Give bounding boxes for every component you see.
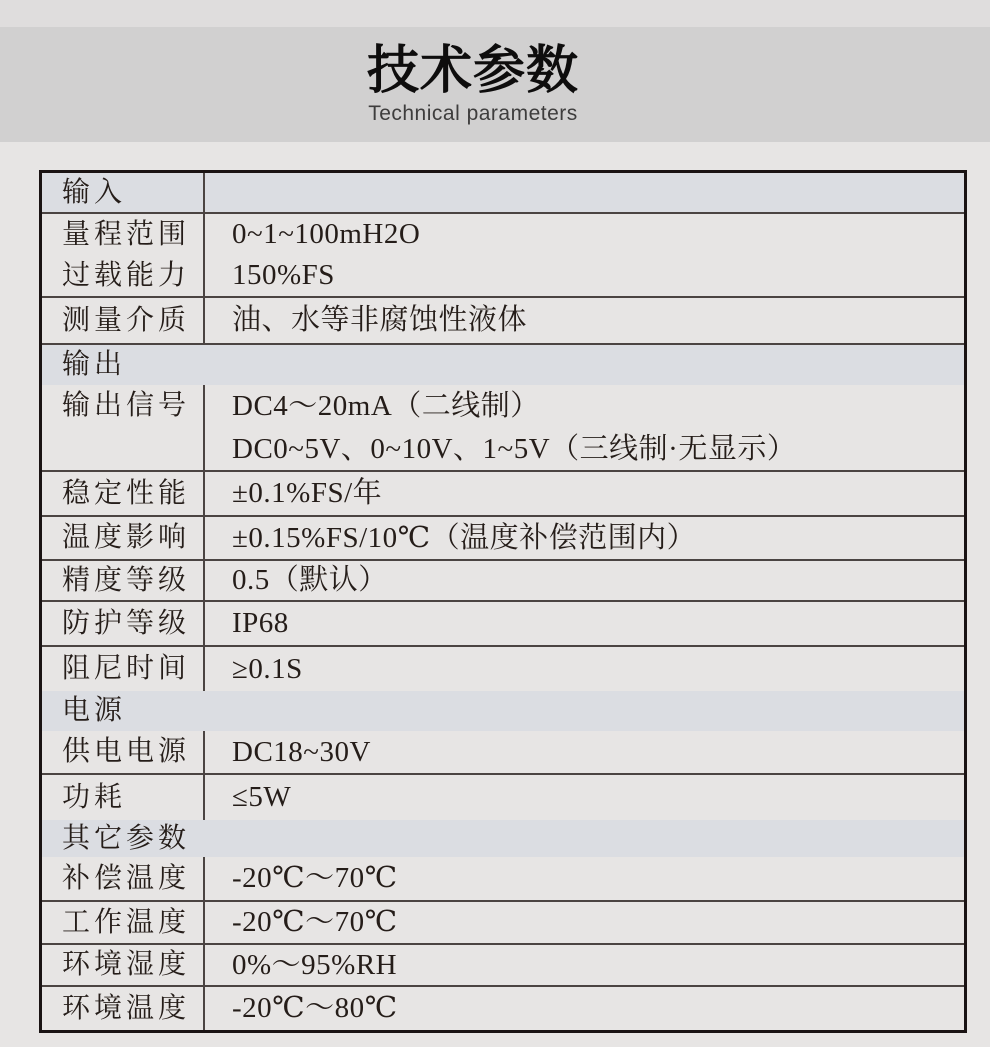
table-row-work-temp: 工作温度-20℃～70℃ [42, 902, 964, 945]
row-value-work-temp: -20℃～70℃ [203, 902, 964, 943]
table-row-ambient-temp: 环境温度-20℃～80℃ [42, 987, 964, 1030]
table-row-temp-effect: 温度影响±0.15%FS/10℃（温度补偿范围内） [42, 517, 964, 561]
page-subtitle: Technical parameters [367, 101, 579, 127]
row-label-range-overload: 量程范围过载能力 [42, 214, 203, 296]
page: 技术参数 Technical parameters 输入量程范围过载能力0~1~… [0, 0, 990, 1047]
value-text: 油、水等非腐蚀性液体 [232, 298, 964, 343]
section-row-other-section: 其它参数 [42, 820, 964, 857]
section-row-output-section: 输出 [42, 345, 964, 385]
row-label-accuracy: 精度等级 [42, 561, 203, 600]
row-value-accuracy: 0.5（默认） [203, 561, 964, 600]
row-label-other-section: 其它参数 [42, 820, 203, 857]
value-text: 0.5（默认） [232, 561, 964, 600]
row-label-ambient-temp: 环境温度 [42, 987, 203, 1030]
label-text: 其它参数 [62, 820, 203, 857]
value-text: DC0~5V、0~10V、1~5V（三线制·无显示） [232, 428, 964, 471]
row-value-input-section [203, 173, 964, 212]
top-strip [0, 0, 990, 27]
row-label-comp-temp: 补偿温度 [42, 857, 203, 900]
value-text: 0%～95%RH [232, 945, 964, 985]
label-text: 环境湿度 [62, 945, 203, 985]
row-value-output-signal: DC4～20mA（二线制）DC0~5V、0~10V、1~5V（三线制·无显示） [203, 385, 964, 470]
row-value-temp-effect: ±0.15%FS/10℃（温度补偿范围内） [203, 517, 964, 559]
page-title: 技术参数 [367, 42, 579, 100]
row-value-output-section [203, 345, 964, 385]
value-text: ≥0.1S [232, 647, 964, 691]
section-row-input-section: 输入 [42, 173, 964, 214]
row-label-work-temp: 工作温度 [42, 902, 203, 943]
label-text: 防护等级 [62, 602, 203, 645]
label-text: 输入 [62, 173, 203, 212]
label-text: 功耗 [62, 775, 203, 820]
label-text: 输出信号 [62, 385, 203, 428]
label-text: 过载能力 [62, 255, 203, 296]
row-value-power-section [203, 691, 964, 731]
value-text: DC18~30V [232, 731, 964, 773]
row-label-protection: 防护等级 [42, 602, 203, 645]
label-text: 稳定性能 [62, 472, 203, 515]
value-text: ±0.15%FS/10℃（温度补偿范围内） [232, 517, 964, 559]
table-row-damping: 阻尼时间≥0.1S [42, 647, 964, 691]
row-value-range-overload: 0~1~100mH2O150%FS [203, 214, 964, 296]
value-text: DC4～20mA（二线制） [232, 385, 964, 428]
value-text: 0~1~100mH2O [232, 214, 964, 255]
table-row-output-signal: 输出信号DC4～20mA（二线制）DC0~5V、0~10V、1~5V（三线制·无… [42, 385, 964, 472]
row-value-consumption: ≤5W [203, 775, 964, 820]
value-text: -20℃～80℃ [232, 987, 964, 1030]
label-text: 工作温度 [62, 902, 203, 943]
row-value-comp-temp: -20℃～70℃ [203, 857, 964, 900]
row-label-input-section: 输入 [42, 173, 203, 212]
label-text: 输出 [62, 345, 203, 385]
value-text: -20℃～70℃ [232, 902, 964, 943]
value-text: ≤5W [232, 775, 964, 820]
row-label-ambient-humidity: 环境湿度 [42, 945, 203, 985]
row-label-stability: 稳定性能 [42, 472, 203, 515]
label-text: 测量介质 [62, 298, 203, 343]
label-text: 电源 [62, 691, 203, 731]
row-label-damping: 阻尼时间 [42, 647, 203, 691]
table-row-medium: 测量介质油、水等非腐蚀性液体 [42, 298, 964, 345]
row-value-damping: ≥0.1S [203, 647, 964, 691]
row-value-supply: DC18~30V [203, 731, 964, 773]
label-text: 温度影响 [62, 517, 203, 559]
spec-table: 输入量程范围过载能力0~1~100mH2O150%FS测量介质油、水等非腐蚀性液… [39, 170, 967, 1033]
table-row-consumption: 功耗≤5W [42, 775, 964, 820]
table-row-comp-temp: 补偿温度-20℃～70℃ [42, 857, 964, 902]
table-row-supply: 供电电源DC18~30V [42, 731, 964, 775]
value-text: IP68 [232, 602, 964, 645]
row-value-ambient-humidity: 0%～95%RH [203, 945, 964, 985]
value-text: 150%FS [232, 255, 964, 296]
value-text: ±0.1%FS/年 [232, 472, 964, 515]
title-block: 技术参数 Technical parameters [367, 42, 579, 127]
table-row-ambient-humidity: 环境湿度0%～95%RH [42, 945, 964, 987]
row-value-medium: 油、水等非腐蚀性液体 [203, 298, 964, 343]
row-value-protection: IP68 [203, 602, 964, 645]
label-text: 环境温度 [62, 987, 203, 1030]
row-label-medium: 测量介质 [42, 298, 203, 343]
table-row-range-overload: 量程范围过载能力0~1~100mH2O150%FS [42, 214, 964, 298]
table-row-protection: 防护等级IP68 [42, 602, 964, 647]
label-text: 供电电源 [62, 731, 203, 773]
section-row-power-section: 电源 [42, 691, 964, 731]
row-value-other-section [203, 820, 964, 857]
table-row-stability: 稳定性能±0.1%FS/年 [42, 472, 964, 517]
label-text: 量程范围 [62, 214, 203, 255]
label-text: 补偿温度 [62, 857, 203, 900]
title-banner: 技术参数 Technical parameters [0, 27, 990, 142]
row-label-output-section: 输出 [42, 345, 203, 385]
value-text: -20℃～70℃ [232, 857, 964, 900]
row-label-supply: 供电电源 [42, 731, 203, 773]
label-text: 阻尼时间 [62, 647, 203, 691]
table-row-accuracy: 精度等级0.5（默认） [42, 561, 964, 602]
label-text: 精度等级 [62, 561, 203, 600]
row-label-temp-effect: 温度影响 [42, 517, 203, 559]
row-label-consumption: 功耗 [42, 775, 203, 820]
row-label-power-section: 电源 [42, 691, 203, 731]
row-value-stability: ±0.1%FS/年 [203, 472, 964, 515]
row-value-ambient-temp: -20℃～80℃ [203, 987, 964, 1030]
row-label-output-signal: 输出信号 [42, 385, 203, 470]
